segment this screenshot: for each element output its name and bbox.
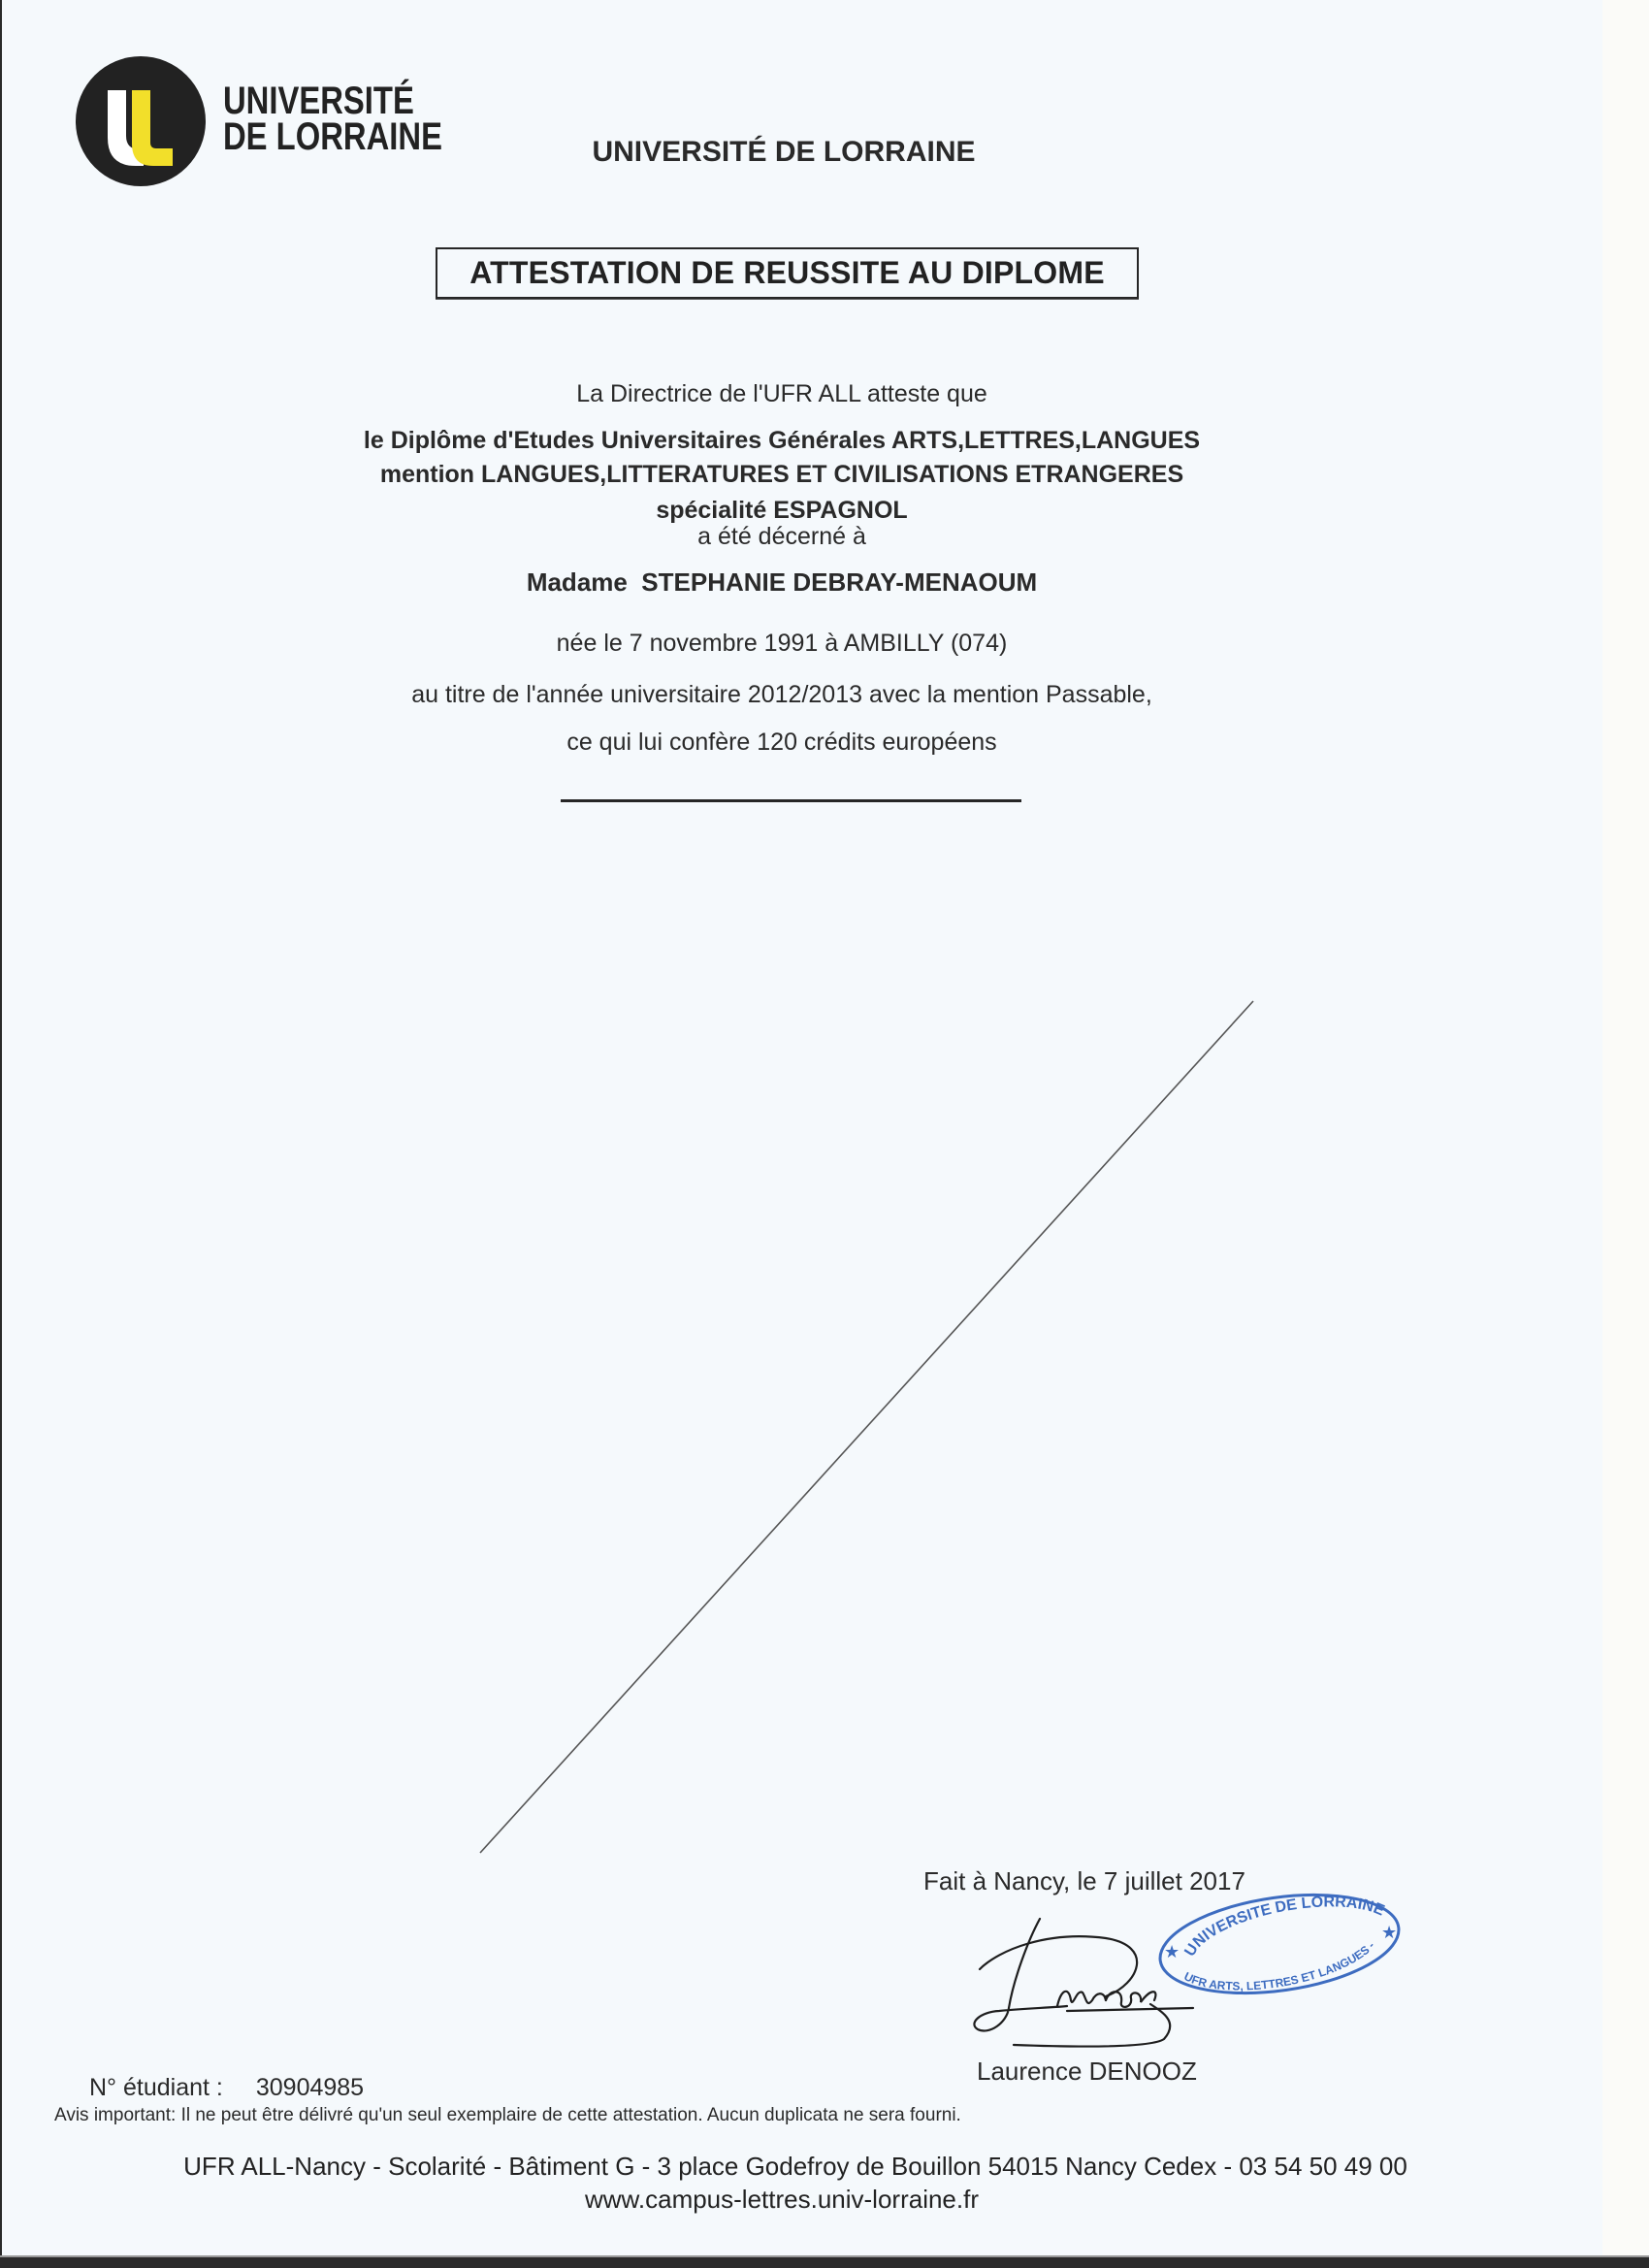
- student-number: 30904985: [256, 2074, 364, 2102]
- student-number-row: N° étudiant :30904985: [89, 2074, 364, 2102]
- svg-text:★: ★: [1381, 1923, 1397, 1942]
- scan-bottom-edge: [0, 2255, 1649, 2268]
- official-stamp-icon: UNIVERSITE DE LORRAINE UFR ARTS, LETTRES…: [1154, 1890, 1405, 1998]
- footer-website-link[interactable]: www.campus-lettres.univ-lorraine.fr: [0, 2185, 1564, 2215]
- svg-text:★: ★: [1164, 1942, 1180, 1961]
- important-notice: Avis important: Il ne peut être délivré …: [54, 2105, 961, 2126]
- student-number-label: N° étudiant :: [89, 2074, 223, 2101]
- signer-name: Laurence DENOOZ: [977, 2057, 1197, 2087]
- footer-address: UFR ALL-Nancy - Scolarité - Bâtiment G -…: [0, 2152, 1591, 2182]
